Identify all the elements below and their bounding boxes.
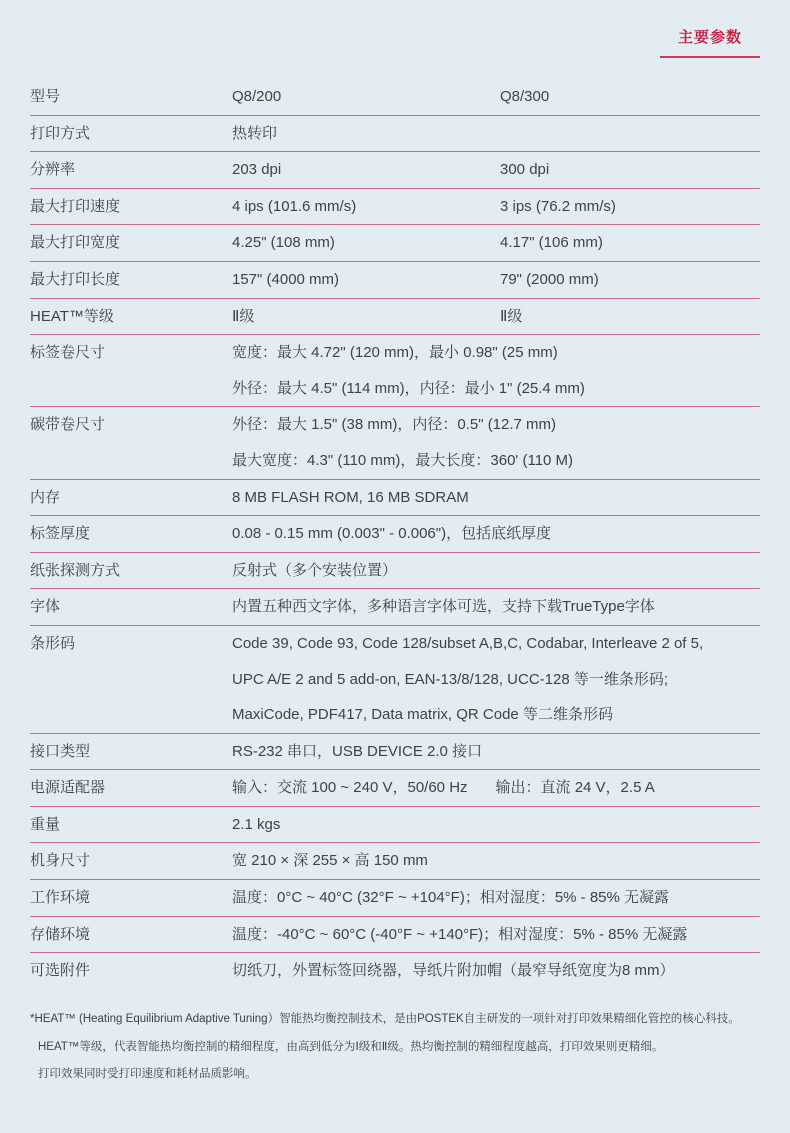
spec-value: 300 dpi [500, 152, 760, 188]
spec-value: Ⅱ级 [232, 299, 500, 335]
spec-row: 标签厚度0.08 - 0.15 mm (0.003" - 0.006")，包括底… [30, 516, 760, 553]
spec-values: Q8/200Q8/300 [232, 79, 760, 115]
spec-value: 最大宽度：4.3" (110 mm)，最大长度：360' (110 M) [232, 443, 760, 479]
spec-label: 打印方式 [30, 116, 232, 152]
spec-row: 接口类型RS-232 串口，USB DEVICE 2.0 接口 [30, 734, 760, 771]
spec-values: 0.08 - 0.15 mm (0.003" - 0.006")，包括底纸厚度 [232, 516, 760, 552]
spec-values: 157" (4000 mm)79" (2000 mm) [232, 262, 760, 298]
footnote-print-quality: 打印效果同时受打印速度和耗材品质影响。 [30, 1061, 770, 1089]
spec-value: 0.08 - 0.15 mm (0.003" - 0.006")，包括底纸厚度 [232, 516, 760, 552]
spec-values: 宽 210 × 深 255 × 高 150 mm [232, 843, 760, 879]
title-underline [660, 56, 760, 58]
spec-value: 热转印 [232, 116, 760, 152]
spec-row: 打印方式热转印 [30, 116, 760, 153]
spec-value: 157" (4000 mm) [232, 262, 500, 298]
spec-value: 温度：-40°C ~ 60°C (-40°F ~ +140°F)；相对湿度：5%… [232, 917, 760, 953]
spec-value: 4 ips (101.6 mm/s) [232, 189, 500, 225]
spec-row: 电源适配器输入：交流 100 ~ 240 V，50/60 Hz输出：直流 24 … [30, 770, 760, 807]
spec-values: 温度：-40°C ~ 60°C (-40°F ~ +140°F)；相对湿度：5%… [232, 917, 760, 953]
spec-row: 重量2.1 kgs [30, 807, 760, 844]
spec-values: 输入：交流 100 ~ 240 V，50/60 Hz输出：直流 24 V，2.5… [232, 770, 760, 806]
spec-label: 条形码 [30, 626, 232, 733]
spec-label: 可选附件 [30, 953, 232, 989]
spec-label: 最大打印长度 [30, 262, 232, 298]
spec-value: 4.17" (106 mm) [500, 225, 760, 261]
spec-values: 内置五种西文字体，多种语言字体可选，支持下载TrueType字体 [232, 589, 760, 625]
spec-value: Ⅱ级 [500, 299, 760, 335]
spec-value: 内置五种西文字体，多种语言字体可选，支持下载TrueType字体 [232, 589, 760, 625]
spec-table: 型号Q8/200Q8/300打印方式热转印分辨率203 dpi300 dpi最大… [30, 79, 760, 989]
spec-value: Code 39, Code 93, Code 128/subset A,B,C,… [232, 626, 760, 662]
spec-values: 203 dpi300 dpi [232, 152, 760, 188]
spec-label: 存储环境 [30, 917, 232, 953]
spec-label: 接口类型 [30, 734, 232, 770]
spec-label: 字体 [30, 589, 232, 625]
spec-label: HEAT™等级 [30, 299, 232, 335]
spec-value: 宽 210 × 深 255 × 高 150 mm [232, 843, 760, 879]
spec-row: 纸张探测方式反射式（多个安装位置） [30, 553, 760, 590]
spec-value: 8 MB FLASH ROM, 16 MB SDRAM [232, 480, 760, 516]
spec-row: 条形码Code 39, Code 93, Code 128/subset A,B… [30, 626, 760, 734]
footnote-heat-grade: HEAT™等级，代表智能热均衡控制的精细程度，由高到低分为Ⅰ级和Ⅱ级。热均衡控制… [30, 1034, 770, 1062]
footnote-heat-definition: *HEAT™ (Heating Equilibrium Adaptive Tun… [30, 1006, 770, 1034]
spec-value: 输出：直流 24 V，2.5 A [496, 770, 655, 806]
spec-values: Code 39, Code 93, Code 128/subset A,B,C,… [232, 626, 760, 733]
spec-values: 4 ips (101.6 mm/s)3 ips (76.2 mm/s) [232, 189, 760, 225]
spec-row: 型号Q8/200Q8/300 [30, 79, 760, 116]
spec-values: 反射式（多个安装位置） [232, 553, 760, 589]
spec-label: 工作环境 [30, 880, 232, 916]
spec-value: 203 dpi [232, 152, 500, 188]
footnotes: *HEAT™ (Heating Equilibrium Adaptive Tun… [30, 1006, 770, 1089]
spec-label: 电源适配器 [30, 770, 232, 806]
page-header: 主要参数 [660, 26, 760, 58]
spec-label: 最大打印宽度 [30, 225, 232, 261]
spec-label: 最大打印速度 [30, 189, 232, 225]
spec-row: HEAT™等级Ⅱ级Ⅱ级 [30, 299, 760, 336]
spec-row: 内存8 MB FLASH ROM, 16 MB SDRAM [30, 480, 760, 517]
spec-value: RS-232 串口，USB DEVICE 2.0 接口 [232, 734, 760, 770]
spec-sheet-page: { "title": "主要参数", "theme": { "backgroun… [0, 0, 790, 1133]
spec-label: 纸张探测方式 [30, 553, 232, 589]
spec-value: 外径：最大 1.5" (38 mm)，内径：0.5" (12.7 mm) [232, 407, 760, 443]
spec-values: 温度：0°C ~ 40°C (32°F ~ +104°F)；相对湿度：5% - … [232, 880, 760, 916]
spec-value: 4.25" (108 mm) [232, 225, 500, 261]
spec-row: 可选附件切纸刀，外置标签回绕器，导纸片附加帽（最窄导纸宽度为8 mm） [30, 953, 760, 989]
spec-values: 切纸刀，外置标签回绕器，导纸片附加帽（最窄导纸宽度为8 mm） [232, 953, 760, 989]
spec-row: 字体内置五种西文字体，多种语言字体可选，支持下载TrueType字体 [30, 589, 760, 626]
spec-label: 分辨率 [30, 152, 232, 188]
spec-row: 工作环境温度：0°C ~ 40°C (32°F ~ +104°F)；相对湿度：5… [30, 880, 760, 917]
spec-value: Q8/200 [232, 79, 500, 115]
spec-value: 切纸刀，外置标签回绕器，导纸片附加帽（最窄导纸宽度为8 mm） [232, 953, 760, 989]
spec-row: 碳带卷尺寸外径：最大 1.5" (38 mm)，内径：0.5" (12.7 mm… [30, 407, 760, 479]
spec-value: 外径：最大 4.5" (114 mm)，内径：最小 1" (25.4 mm) [232, 371, 760, 407]
spec-values: 宽度：最大 4.72" (120 mm)，最小 0.98" (25 mm)外径：… [232, 335, 760, 406]
spec-value: 宽度：最大 4.72" (120 mm)，最小 0.98" (25 mm) [232, 335, 760, 371]
spec-values: 8 MB FLASH ROM, 16 MB SDRAM [232, 480, 760, 516]
page-title: 主要参数 [660, 26, 760, 47]
spec-value: UPC A/E 2 and 5 add-on, EAN-13/8/128, UC… [232, 662, 760, 698]
spec-row: 最大打印速度4 ips (101.6 mm/s)3 ips (76.2 mm/s… [30, 189, 760, 226]
spec-values: Ⅱ级Ⅱ级 [232, 299, 760, 335]
spec-value: Q8/300 [500, 79, 760, 115]
spec-label: 型号 [30, 79, 232, 115]
spec-value: MaxiCode, PDF417, Data matrix, QR Code 等… [232, 697, 760, 733]
spec-value: 输入：交流 100 ~ 240 V，50/60 Hz [232, 770, 468, 806]
spec-values: 外径：最大 1.5" (38 mm)，内径：0.5" (12.7 mm)最大宽度… [232, 407, 760, 478]
spec-value: 2.1 kgs [232, 807, 760, 843]
spec-row: 最大打印宽度4.25" (108 mm)4.17" (106 mm) [30, 225, 760, 262]
spec-row: 存储环境温度：-40°C ~ 60°C (-40°F ~ +140°F)；相对湿… [30, 917, 760, 954]
spec-values: RS-232 串口，USB DEVICE 2.0 接口 [232, 734, 760, 770]
spec-label: 标签卷尺寸 [30, 335, 232, 406]
spec-value: 3 ips (76.2 mm/s) [500, 189, 760, 225]
spec-row: 机身尺寸宽 210 × 深 255 × 高 150 mm [30, 843, 760, 880]
spec-label: 机身尺寸 [30, 843, 232, 879]
spec-values: 2.1 kgs [232, 807, 760, 843]
spec-row: 最大打印长度157" (4000 mm)79" (2000 mm) [30, 262, 760, 299]
spec-row: 分辨率203 dpi300 dpi [30, 152, 760, 189]
spec-label: 碳带卷尺寸 [30, 407, 232, 478]
spec-value: 79" (2000 mm) [500, 262, 760, 298]
spec-row: 标签卷尺寸宽度：最大 4.72" (120 mm)，最小 0.98" (25 m… [30, 335, 760, 407]
spec-label: 标签厚度 [30, 516, 232, 552]
spec-values: 热转印 [232, 116, 760, 152]
spec-value: 反射式（多个安装位置） [232, 553, 760, 589]
spec-value: 温度：0°C ~ 40°C (32°F ~ +104°F)；相对湿度：5% - … [232, 880, 760, 916]
spec-values: 4.25" (108 mm)4.17" (106 mm) [232, 225, 760, 261]
spec-label: 重量 [30, 807, 232, 843]
spec-label: 内存 [30, 480, 232, 516]
